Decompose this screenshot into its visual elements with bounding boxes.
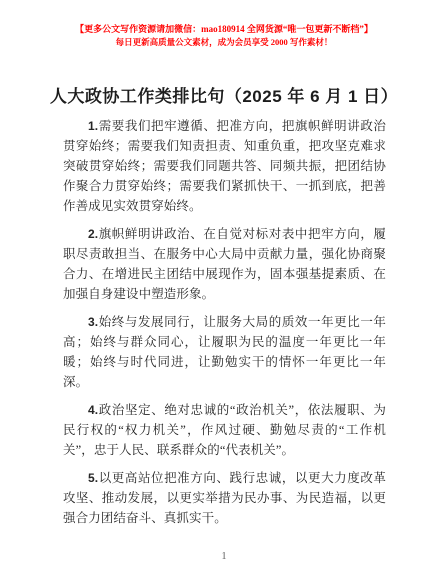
document-page: 【更多公文写作资源请加微信：mao180914 全网货源“唯一包更新不断档”】 … [0, 0, 448, 580]
paragraph-5-number: 5. [88, 471, 98, 485]
header-ad-line-2: 每日更新高质量公文素材，成为会员享受 2000 写作素材！ [0, 36, 448, 48]
paragraph-2: 2.旗帜鲜明讲政治、在自觉对标对表中把牢方向，履职尽责敢担当、在服务中心大局中贡… [63, 224, 386, 304]
paragraph-3-number: 3. [88, 315, 98, 329]
paragraph-5-text: 以更高站位把准方向、践行忠诚，以更大力度改革攻坚、推动发展，以更实举措为民办事、… [63, 471, 386, 525]
paragraph-4: 4.政治坚定、绝对忠诚的“政治机关”，依法履职、为民行权的“权力机关”，作风过硬… [63, 400, 386, 460]
paragraph-3: 3.始终与发展同行，让服务大局的质效一年更比一年高；始终与群众同心，让履职为民的… [63, 312, 386, 392]
header-ad-line-1: 【更多公文写作资源请加微信：mao180914 全网货源“唯一包更新不断档”】 [0, 23, 448, 36]
paragraph-2-number: 2. [88, 227, 98, 241]
document-title: 人大政协工作类排比句（2025 年 6 月 1 日） [20, 82, 428, 107]
document-body: 1.需要我们把牢遵循、把准方向，把旗帜鲜明讲政治贯穿始终；需要我们知责担责、知重… [63, 116, 386, 528]
paragraph-1-number: 1. [88, 119, 98, 133]
page-number: 1 [0, 551, 448, 562]
paragraph-5: 5.以更高站位把准方向、践行忠诚，以更大力度改革攻坚、推动发展，以更实举措为民办… [63, 468, 386, 528]
paragraph-4-number: 4. [88, 403, 98, 417]
header-ad-banner: 【更多公文写作资源请加微信：mao180914 全网货源“唯一包更新不断档”】 … [0, 0, 448, 48]
paragraph-1-text: 需要我们把牢遵循、把准方向，把旗帜鲜明讲政治贯穿始终；需要我们知责担责、知重负重… [63, 119, 386, 213]
paragraph-1: 1.需要我们把牢遵循、把准方向，把旗帜鲜明讲政治贯穿始终；需要我们知责担责、知重… [63, 116, 386, 216]
paragraph-3-text: 始终与发展同行，让服务大局的质效一年更比一年高；始终与群众同心，让履职为民的温度… [63, 315, 386, 389]
paragraph-2-text: 旗帜鲜明讲政治、在自觉对标对表中把牢方向，履职尽责敢担当、在服务中心大局中贡献力… [63, 227, 386, 301]
paragraph-4-text: 政治坚定、绝对忠诚的“政治机关”，依法履职、为民行权的“权力机关”，作风过硬、勤… [63, 403, 386, 457]
